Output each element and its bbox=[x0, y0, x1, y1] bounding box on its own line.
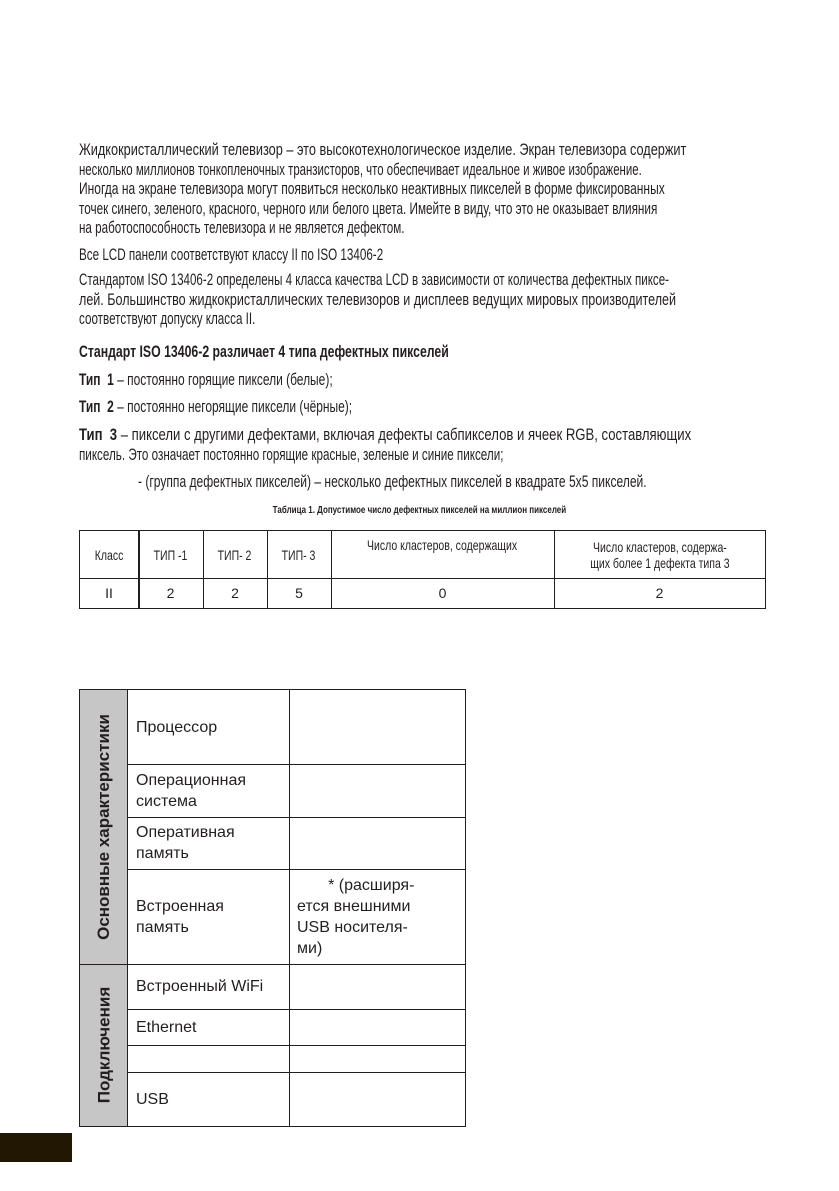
spec-value-usb bbox=[289, 1072, 465, 1126]
spec-label-os: Операционная система bbox=[128, 764, 289, 817]
defect-type-text: – постоянно горящие пиксели (белые); bbox=[117, 371, 333, 389]
defect-type-label: Тип 3 bbox=[79, 426, 117, 444]
spec-label-ethernet: Ethernet bbox=[128, 1009, 289, 1045]
header-cell-type2: ТИП- 2 bbox=[203, 531, 267, 578]
section-label-main: Основные характеристики bbox=[80, 690, 128, 964]
spec-label-wifi: Встроенный WiFi bbox=[128, 964, 289, 1009]
defect-type-1: Тип 1 – постоянно горящие пиксели (белые… bbox=[79, 371, 333, 391]
spec-label-processor: Процессор bbox=[128, 690, 289, 764]
defect-type-3: Тип 3 – пиксели с другими дефектами, вкл… bbox=[79, 426, 835, 465]
table-cell: 0 bbox=[331, 578, 554, 608]
header-cell-clusters: Число кластеров, содержащих bbox=[331, 531, 554, 578]
spec-label-usb: USB bbox=[128, 1072, 289, 1126]
intro-line: на работоспособность телевизора и не явл… bbox=[79, 219, 654, 239]
table-cell: 2 bbox=[203, 578, 267, 608]
table-cell: 2 bbox=[138, 578, 203, 608]
spec-value-wifi bbox=[289, 964, 465, 1009]
standard-line: Стандартом ISO 13406-2 определены 4 клас… bbox=[79, 271, 669, 291]
page-marker-block bbox=[0, 1133, 72, 1162]
section-label-connections: Подключения bbox=[80, 964, 128, 1126]
intro-paragraph: Жидкокристаллический телевизор – это выс… bbox=[79, 141, 839, 239]
defect-type-label: Тип 2 bbox=[79, 398, 114, 416]
spec-value-ram bbox=[289, 817, 465, 869]
standard-paragraph: Стандартом ISO 13406-2 определены 4 клас… bbox=[79, 271, 839, 330]
table-cell: 5 bbox=[267, 578, 331, 608]
spec-table: Основные характеристики Подключения Проц… bbox=[79, 689, 466, 1127]
defect-type-label: Тип 1 bbox=[79, 371, 114, 389]
header-cell-type3: ТИП- 3 bbox=[267, 531, 331, 578]
intro-line: несколько миллионов тонкопленочных транз… bbox=[79, 161, 642, 181]
standard-line: лей. Большинство жидкокристаллических те… bbox=[79, 291, 718, 311]
table-cell: II bbox=[80, 578, 138, 608]
table-caption-text: Таблица 1. Допустимое число дефектных пи… bbox=[273, 505, 566, 516]
spec-label-empty bbox=[128, 1045, 289, 1072]
standard-line: соответствуют допуску класса II. bbox=[79, 310, 673, 330]
defect-type-text: – пиксели с другими дефектами, включая д… bbox=[121, 426, 691, 444]
spec-value-os bbox=[289, 764, 465, 817]
intro-line: точек синего, зеленого, красного, черног… bbox=[79, 200, 658, 220]
table-cell: 2 bbox=[554, 578, 765, 608]
cluster-note: - (группа дефектных пикселей) – нескольк… bbox=[138, 473, 647, 493]
spec-label-ram: Оперативная память bbox=[128, 817, 289, 869]
header-cell-type1: ТИП -1 bbox=[138, 531, 203, 578]
table-caption: Таблица 1. Допустимое число дефектных пи… bbox=[0, 505, 839, 516]
class-statement: Все LCD панели соответствуют классу II п… bbox=[79, 246, 383, 266]
spec-label-storage: Встроенная память bbox=[128, 869, 289, 964]
spec-value-storage: * (расширя- ется внешними USB носителя- … bbox=[289, 869, 465, 964]
defect-type-2: Тип 2 – постоянно негорящие пиксели (чёр… bbox=[79, 398, 352, 418]
manual-page: Жидкокристаллический телевизор – это выс… bbox=[0, 0, 839, 1191]
spec-value-processor bbox=[289, 690, 465, 764]
defect-type-text: – постоянно негорящие пиксели (чёрные); bbox=[117, 398, 352, 416]
spec-value-empty bbox=[289, 1045, 465, 1072]
intro-line: Иногда на экране телевизора могут появит… bbox=[79, 180, 671, 200]
header-cell-clusters-type3: Число кластеров, содержа- щих более 1 де… bbox=[554, 531, 765, 578]
defect-table: Класс ТИП -1 ТИП- 2 ТИП- 3 Число кластер… bbox=[79, 530, 766, 609]
intro-line: Жидкокристаллический телевизор – это выс… bbox=[79, 141, 706, 161]
defect-type-continuation: пиксель. Это означает постоянно горящие … bbox=[79, 446, 623, 466]
spec-value-ethernet bbox=[289, 1009, 465, 1045]
defect-types-heading: Стандарт ISO 13406-2 различает 4 типа де… bbox=[79, 342, 449, 362]
header-cell-class: Класс bbox=[80, 531, 138, 578]
